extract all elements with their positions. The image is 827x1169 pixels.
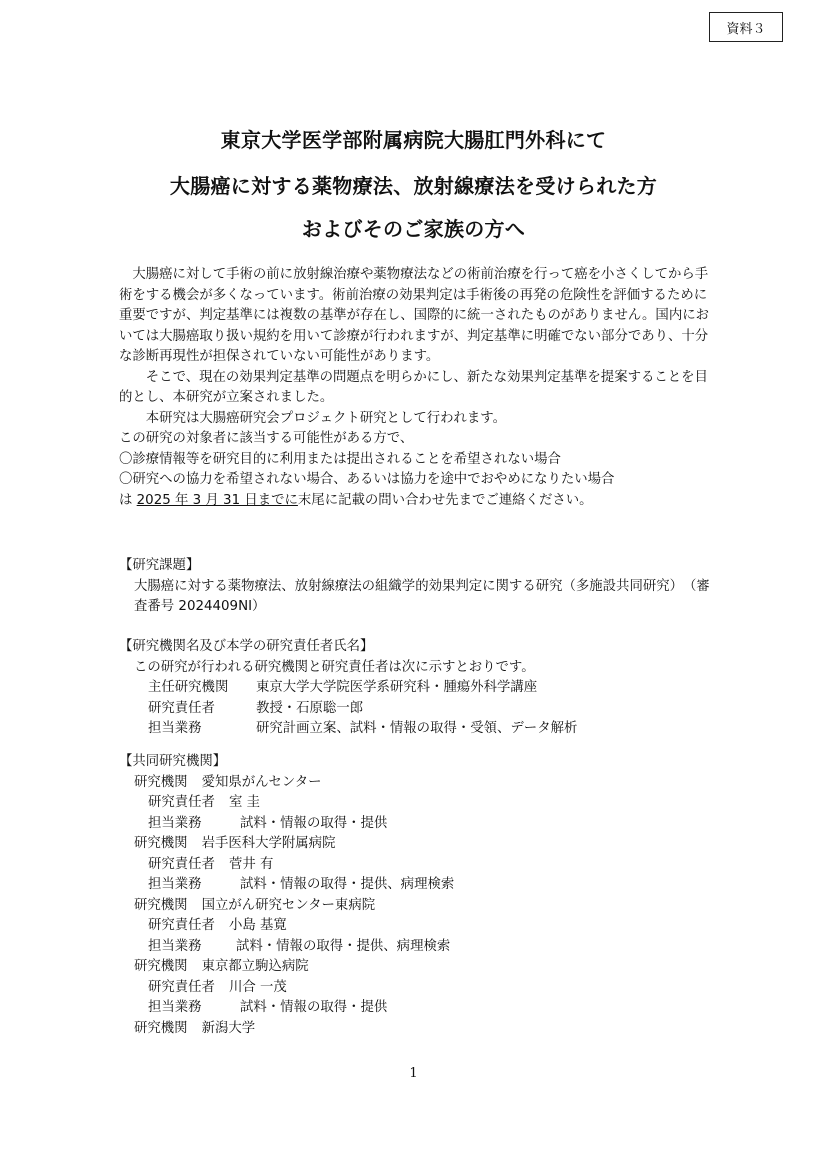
collaborator-pi: 研究責任者室 圭 — [119, 793, 719, 814]
collaborator-role: 担当業務試料・情報の取得・提供 — [119, 814, 719, 835]
institution-intro: この研究が行われる研究機関と研究責任者は次に示すとおりです。 — [119, 658, 719, 679]
opt-out-condition-2: 〇研究への協力を希望されない場合、あるいは協力を途中でおやめになりたい場合 — [119, 470, 715, 491]
org-label: 研究機関 — [134, 896, 188, 917]
collaborator-role: 担当業務試料・情報の取得・提供、病理検索 — [119, 875, 719, 896]
document-tag: 資料３ — [709, 12, 783, 42]
collaborators-heading: 【共同研究機関】 — [119, 752, 719, 773]
institution-section: 【研究機関名及び本学の研究責任者氏名】 この研究が行われる研究機関と研究責任者は… — [119, 637, 719, 740]
org-name: 新潟大学 — [202, 1019, 256, 1040]
research-title-heading: 【研究課題】 — [119, 556, 719, 577]
pi-name: 小島 基寛 — [229, 916, 287, 937]
role-value: 試料・情報の取得・提供、病理検索 — [240, 875, 454, 896]
institution-row-value: 東京大学大学院医学系研究科・腫瘍外科学講座 — [256, 678, 537, 699]
org-label: 研究機関 — [134, 1019, 188, 1040]
institution-row: 主任研究機関 東京大学大学院医学系研究科・腫瘍外科学講座 — [119, 678, 719, 699]
org-name: 愛知県がんセンター — [202, 773, 322, 794]
org-name: 国立がん研究センター東病院 — [202, 896, 376, 917]
institution-row: 研究責任者 教授・石原聡一郎 — [119, 699, 719, 720]
intro-paragraph-1: 大腸癌に対して手術の前に放射線治療や薬物療法などの術前治療を行って癌を小さくして… — [119, 265, 715, 368]
role-value: 試料・情報の取得・提供、病理検索 — [236, 937, 450, 958]
pi-label: 研究責任者 — [148, 978, 215, 999]
org-name: 東京都立駒込病院 — [202, 957, 309, 978]
role-value: 試料・情報の取得・提供 — [240, 814, 387, 835]
deadline-prefix: は — [119, 493, 132, 508]
org-label: 研究機関 — [134, 773, 188, 794]
page-number: 1 — [0, 1066, 827, 1081]
role-value: 試料・情報の取得・提供 — [240, 998, 387, 1019]
institution-row-value: 研究計画立案、試料・情報の取得・受領、データ解析 — [256, 719, 577, 740]
page-title-line-3: およびそのご家族の方へ — [0, 213, 827, 242]
collaborator-role: 担当業務試料・情報の取得・提供 — [119, 998, 719, 1019]
intro-paragraph-3: 本研究は大腸癌研究会プロジェクト研究として行われます。 — [119, 409, 715, 430]
pi-label: 研究責任者 — [148, 793, 215, 814]
intro-paragraph-2: そこで、現在の効果判定基準の問題点を明らかにし、新たな効果判定基準を提案すること… — [119, 368, 715, 409]
role-label: 担当業務 — [148, 937, 236, 958]
collaborator-org: 研究機関岩手医科大学附属病院 — [119, 834, 719, 855]
role-label: 担当業務 — [148, 875, 240, 896]
collaborator-role: 担当業務試料・情報の取得・提供、病理検索 — [119, 937, 719, 958]
institution-row-label: 研究責任者 — [148, 699, 256, 720]
institution-row-label: 主任研究機関 — [148, 678, 256, 699]
role-label: 担当業務 — [148, 814, 240, 835]
collaborator-org: 研究機関東京都立駒込病院 — [119, 957, 719, 978]
collaborator-org: 研究機関新潟大学 — [119, 1019, 719, 1040]
document-tag-label: 資料３ — [726, 18, 765, 37]
page-title-line-2: 大腸癌に対する薬物療法、放射線療法を受けられた方 — [0, 170, 827, 199]
collaborator-org: 研究機関国立がん研究センター東病院 — [119, 896, 719, 917]
pi-name: 川合 一茂 — [229, 978, 287, 999]
institution-row-value: 教授・石原聡一郎 — [256, 699, 363, 720]
institution-heading: 【研究機関名及び本学の研究責任者氏名】 — [119, 637, 719, 658]
org-label: 研究機関 — [134, 834, 188, 855]
org-name: 岩手医科大学附属病院 — [202, 834, 336, 855]
institution-row: 担当業務 研究計画立案、試料・情報の取得・受領、データ解析 — [119, 719, 719, 740]
collaborator-org: 研究機関愛知県がんセンター — [119, 773, 719, 794]
intro-text: 大腸癌に対して手術の前に放射線治療や薬物療法などの術前治療を行って癌を小さくして… — [119, 265, 715, 511]
collaborators-section: 【共同研究機関】 研究機関愛知県がんセンター 研究責任者室 圭 担当業務試料・情… — [119, 752, 719, 1039]
intro-paragraph-4: この研究の対象者に該当する可能性がある方で、 — [119, 429, 715, 450]
collaborator-pi: 研究責任者川合 一茂 — [119, 978, 719, 999]
pi-name: 室 圭 — [229, 793, 260, 814]
page-title-line-1: 東京大学医学部附属病院大腸肛門外科にて — [0, 124, 827, 153]
collaborator-pi: 研究責任者小島 基寛 — [119, 916, 719, 937]
institution-row-label: 担当業務 — [148, 719, 256, 740]
research-title-section: 【研究課題】 大腸癌に対する薬物療法、放射線療法の組織学的効果判定に関する研究（… — [119, 556, 719, 618]
research-title-text: 大腸癌に対する薬物療法、放射線療法の組織学的効果判定に関する研究（多施設共同研究… — [119, 577, 719, 618]
org-label: 研究機関 — [134, 957, 188, 978]
role-label: 担当業務 — [148, 998, 240, 1019]
pi-name: 菅井 有 — [229, 855, 273, 876]
deadline-notice: は 2025 年 3 月 31 日までに末尾に記載の問い合わせ先までご連絡くださ… — [119, 491, 715, 512]
collaborator-pi: 研究責任者菅井 有 — [119, 855, 719, 876]
pi-label: 研究責任者 — [148, 855, 215, 876]
deadline-date: 2025 年 3 月 31 日までに — [137, 493, 298, 508]
deadline-suffix: 末尾に記載の問い合わせ先までご連絡ください。 — [298, 493, 593, 508]
opt-out-condition-1: 〇診療情報等を研究目的に利用または提出されることを希望されない場合 — [119, 450, 715, 471]
pi-label: 研究責任者 — [148, 916, 215, 937]
